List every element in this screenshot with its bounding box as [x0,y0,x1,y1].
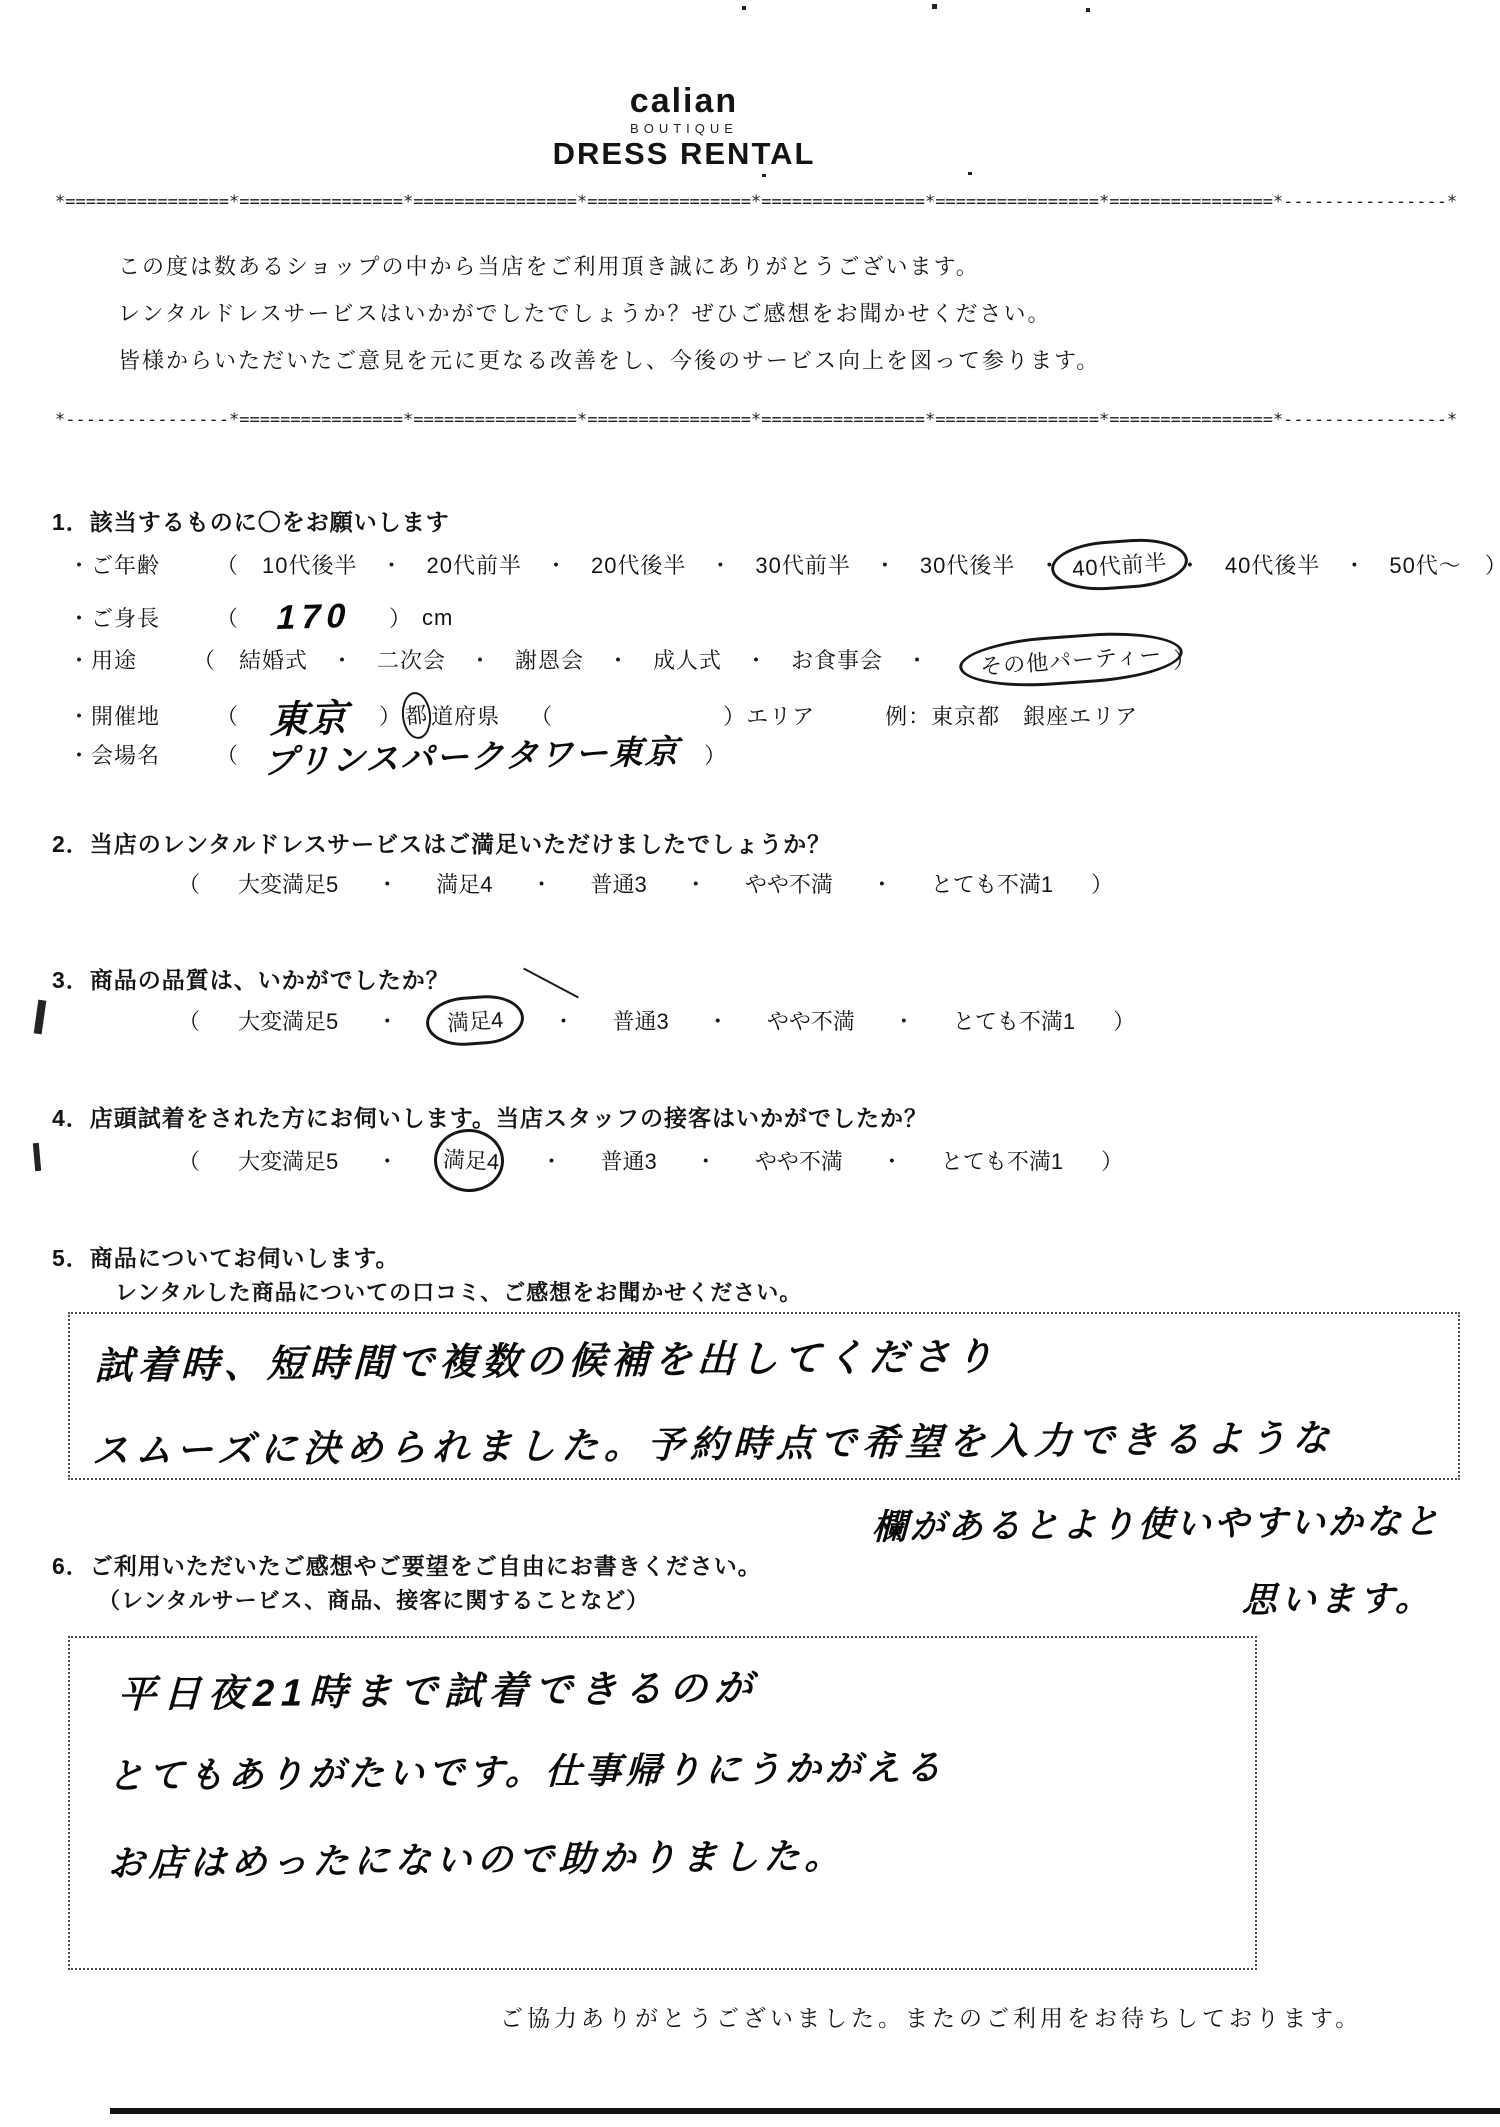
q5-handwritten-line-1: 試着時、短時間で複数の候補を出してくださり [94,1325,998,1389]
footer-thanks: ご協力ありがとうございました。またのご利用をお待ちしております。 [500,2000,1362,2033]
q1-age-row: ・ご年齢 （ 10代後半 ・ 20代前半 ・ 20代後半 ・ 30代前半 ・ 3… [68,549,1500,580]
q3-sep-1: ・ [376,1005,398,1036]
q6-handwritten-line-1: 平日夜21時まで試着できるのが [117,1657,760,1719]
document-title: DRESS RENTAL [484,136,884,172]
q2-option-3: 普通3 [591,868,647,899]
q3-paren-close: ） [1113,1005,1135,1036]
q5-handwritten-overflow-1: 欄があるとより使いやすいかなと [871,1494,1442,1550]
divider-top: *================*================*=====… [55,192,1457,212]
q4-option-4: やや不満 [755,1145,843,1176]
scan-artifact [33,1143,41,1171]
q1-purpose-label: ・用途 [68,644,137,675]
q1-purpose-row: ・用途 （ 結婚式 ・ 二次会 ・ 謝恩会 ・ 成人式 ・ お食事会 ・ その他… [68,644,1196,675]
q3-circle-tail-stroke [523,968,579,999]
q3-scale-row: （ 大変満足5 ・ 満足4 ・ 普通3 ・ やや不満 ・ とても不満1 ） [178,1005,1135,1036]
header: calian BOUTIQUE DRESS RENTAL [484,82,884,172]
q2-option-2: 満足4 [436,868,492,899]
scan-artifact [34,1000,47,1035]
q1-height-row: ・ご身長 （ 170 ） cm [68,598,453,637]
q6-title: 6．ご利用いただいたご感想やご要望をご自由にお書きください。 [52,1548,762,1581]
q2-option-5: とても不満1 [931,868,1053,899]
q1-height-paren-close: ） [389,602,412,633]
scan-artifact [968,172,972,175]
handwritten-venue-value: プリンスパークタワー東京 [238,725,704,784]
q1-venue-paren-close: ） [704,739,727,770]
q2-scale-row: （ 大変満足5 ・ 満足4 ・ 普通3 ・ やや不満 ・ とても不満1 ） [178,868,1113,899]
q3-sep-4: ・ [893,1005,915,1036]
q2-paren-open: （ [178,868,200,899]
q1-purpose-circled-option: その他パーティー [958,627,1185,692]
q3-option-5: とても不満1 [953,1005,1075,1036]
scan-artifact [762,174,766,177]
q3-option-1: 大変満足5 [238,1005,338,1036]
q1-height-unit: cm [422,605,453,631]
brand-logo: calian [484,82,884,121]
q4-option-3: 普通3 [601,1145,657,1176]
q1-age-options-post: ・ 40代後半 ・ 50代～ ） [1179,549,1500,580]
q1-place-paren-open: （ [216,700,239,731]
q6-handwritten-line-2: とてもありがたいです。仕事帰りにうかがえる [107,1740,945,1800]
q1-age-circled-option: 40代前半 [1050,535,1191,593]
q4-sep-2: ・ [541,1145,563,1176]
q1-venue-paren-open: （ [216,739,239,770]
handwritten-height-value: 170 [239,596,390,639]
q1-place-paren-close: ） [379,700,402,731]
brand-sub-label: BOUTIQUE [484,121,884,136]
q5-title: 5．商品についてお伺いします。 [52,1240,400,1273]
q1-venue-row: ・会場名 （ プリンスパークタワー東京 ） [68,731,727,778]
q1-height-paren-open: （ [216,602,239,633]
q2-title: 2．当店のレンタルドレスサービスはご満足いただけましたでしょうか？ [52,826,831,859]
scanned-questionnaire-page: calian BOUTIQUE DRESS RENTAL *==========… [0,0,1500,2127]
q1-title: 1．該当するものに〇をお願いします [52,504,450,537]
q2-option-1: 大変満足5 [238,868,338,899]
scan-artifact [932,4,937,9]
q1-area-paren-open: （ [530,700,553,731]
q1-age-label: ・ご年齢 [68,549,160,580]
q3-sep-3: ・ [707,1005,729,1036]
q1-place-suffix: 道府県 [431,700,500,731]
q2-sep-3: ・ [685,868,707,899]
q3-paren-open: （ [178,1005,200,1036]
q4-scale-row: （ 大変満足5 ・ 満足4 ・ 普通3 ・ やや不満 ・ とても不満1 ） [178,1143,1123,1178]
intro-line-3: 皆様からいただいたご意見を元に更なる改善をし、今後のサービス向上を図って参ります… [118,344,1100,375]
q1-height-label: ・ご身長 [68,602,160,633]
intro-line-1: この度は数あるショップの中から当店をご利用頂き誠にありがとうございます。 [118,250,980,281]
q3-circled-option: 満足4 [425,993,526,1049]
q4-sep-3: ・ [695,1145,717,1176]
q5-handwritten-overflow-2: 思います。 [1241,1571,1434,1623]
scan-artifact [742,6,746,10]
q4-sep-1: ・ [376,1145,398,1176]
q1-age-options-pre: （ 10代後半 ・ 20代前半 ・ 20代後半 ・ 30代前半 ・ 30代後半 … [216,549,1061,580]
q1-venue-label: ・会場名 [68,739,160,770]
q3-option-3: 普通3 [613,1005,669,1036]
q2-sep-2: ・ [531,868,553,899]
divider-bottom: *----------------*================*=====… [55,410,1457,430]
q4-paren-open: （ [178,1145,200,1176]
intro-line-2: レンタルドレスサービスはいかがでしたでしょうか？ぜひご感想をお聞かせください。 [118,297,1051,328]
scan-edge-bar [110,2108,1500,2114]
q4-paren-close: ） [1101,1145,1123,1176]
q1-place-example: 例：東京都 銀座エリア [885,700,1138,731]
q2-option-4: やや不満 [745,868,833,899]
q4-circled-option: 満足4 [433,1127,506,1194]
q2-paren-close: ） [1091,868,1113,899]
scan-artifact [1086,8,1090,12]
q3-title: 3．商品の品質は、いかがでしたか？ [52,962,450,995]
q4-option-5: とても不満1 [941,1145,1063,1176]
q2-sep-1: ・ [376,868,398,899]
q6-handwritten-line-3: お店はめったにないので助かりました。 [107,1828,846,1887]
q1-purpose-options-pre: （ 結婚式 ・ 二次会 ・ 謝恩会 ・ 成人式 ・ お食事会 ・ [193,644,929,675]
q1-area-paren-close: ）エリア [723,700,815,731]
q3-sep-2: ・ [553,1005,575,1036]
q4-title: 4．店頭試着をされた方にお伺いします。当店スタッフの接客はいかがでしたか？ [52,1100,928,1133]
q1-place-label: ・開催地 [68,700,160,731]
q4-option-1: 大変満足5 [238,1145,338,1176]
q6-subtitle: （レンタルサービス、商品、接客に関することなど） [98,1584,649,1615]
q4-sep-4: ・ [881,1145,903,1176]
q3-option-4: やや不満 [767,1005,855,1036]
q5-subtitle: レンタルした商品についての口コミ、ご感想をお聞かせください。 [115,1276,802,1307]
q2-sep-4: ・ [871,868,893,899]
